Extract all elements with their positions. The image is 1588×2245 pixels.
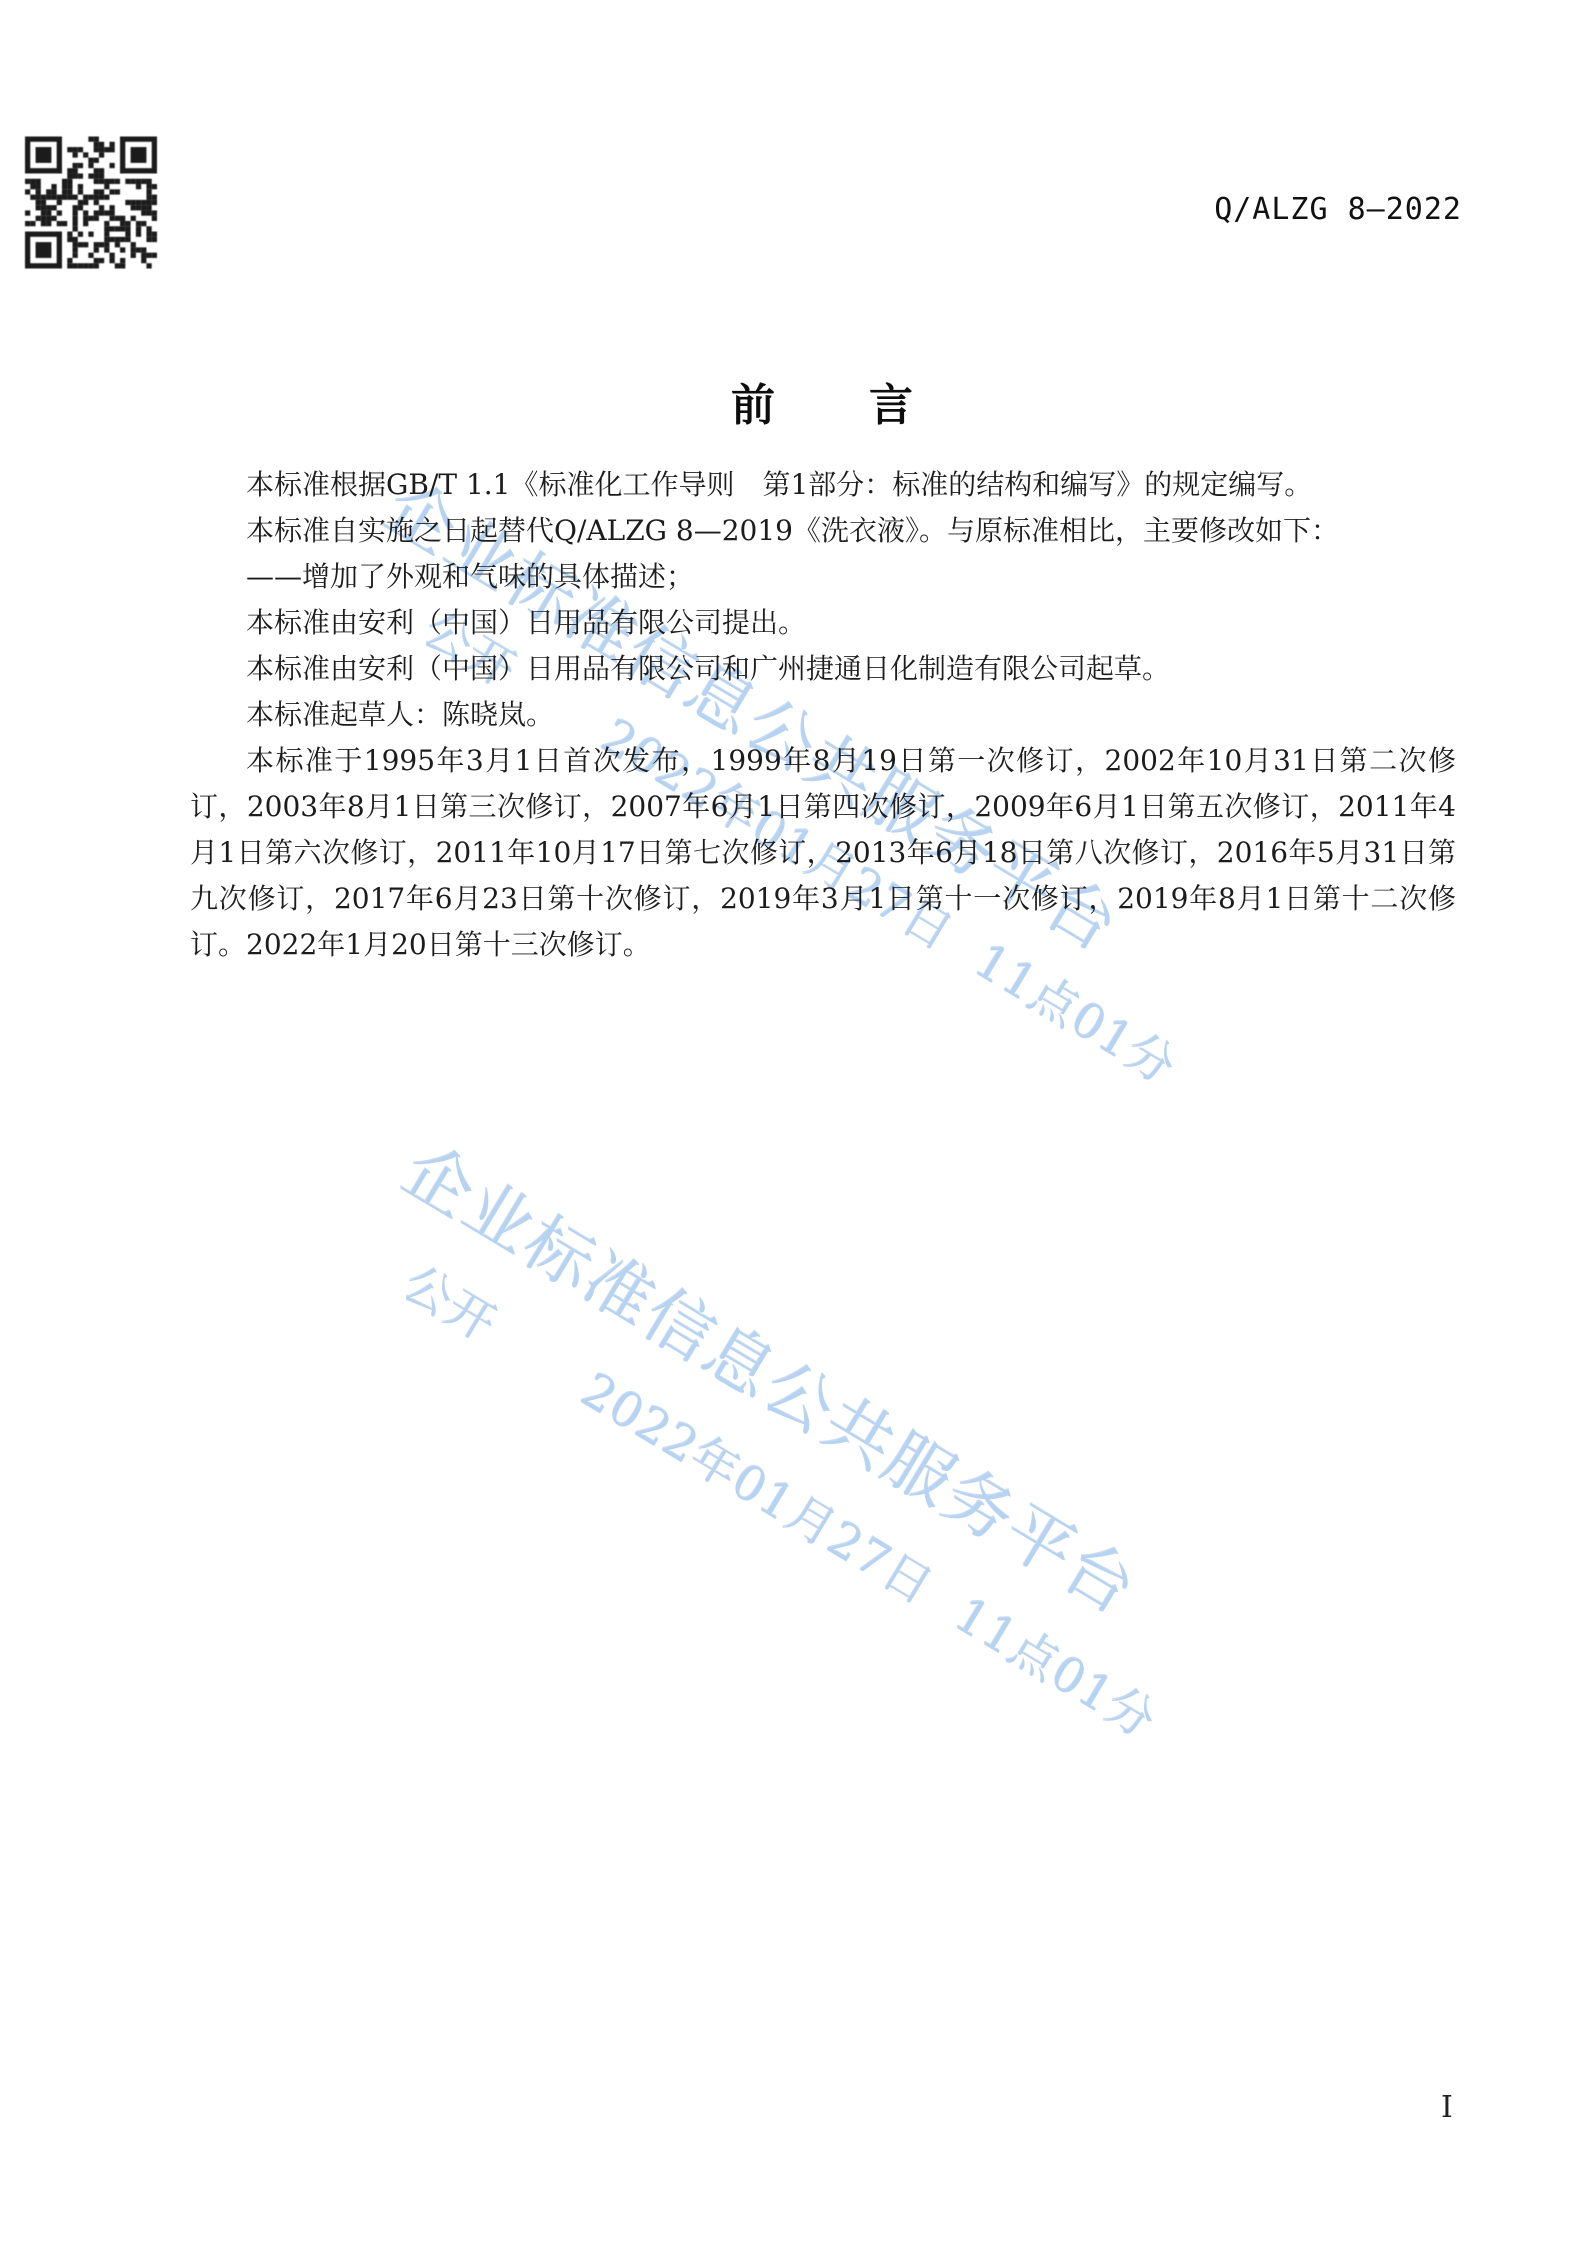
page-number: I: [1441, 2090, 1453, 2125]
paragraph: 本标准由安利（中国）日用品有限公司和广州捷通日化制造有限公司起草。: [190, 646, 1456, 692]
doc-number: Q/ALZG 8—2022: [1214, 192, 1462, 227]
qr-code-image: [25, 135, 157, 270]
watermark-time: 11点01分: [945, 1587, 1166, 1750]
paragraph: 本标准起草人：陈晓岚。: [190, 692, 1456, 738]
foreword-body: 本标准根据GB/T 1.1《标准化工作导则 第1部分：标准的结构和编写》的规定编…: [190, 462, 1456, 968]
paragraph: ——增加了外观和气味的具体描述；: [190, 554, 1456, 600]
document-page: Q/ALZG 8—2022 企业标准信息公共服务平台 公开2022年01月27日…: [0, 0, 1588, 2245]
page-title: 前 言: [190, 369, 1456, 433]
paragraph: 本标准于1995年3月1日首次发布，1999年8月19日第一次修订，2002年1…: [190, 738, 1456, 968]
paragraph: 本标准自实施之日起替代Q/ALZG 8—2019《洗衣液》。与原标准相比，主要修…: [190, 508, 1456, 554]
watermark-public-label: 公开: [393, 1255, 506, 1353]
watermark-platform-text: 企业标准信息公共服务平台: [388, 1118, 1158, 1634]
paragraph: 本标准根据GB/T 1.1《标准化工作导则 第1部分：标准的结构和编写》的规定编…: [190, 462, 1456, 508]
paragraph: 本标准由安利（中国）日用品有限公司提出。: [190, 600, 1456, 646]
qr-code: [25, 135, 157, 270]
